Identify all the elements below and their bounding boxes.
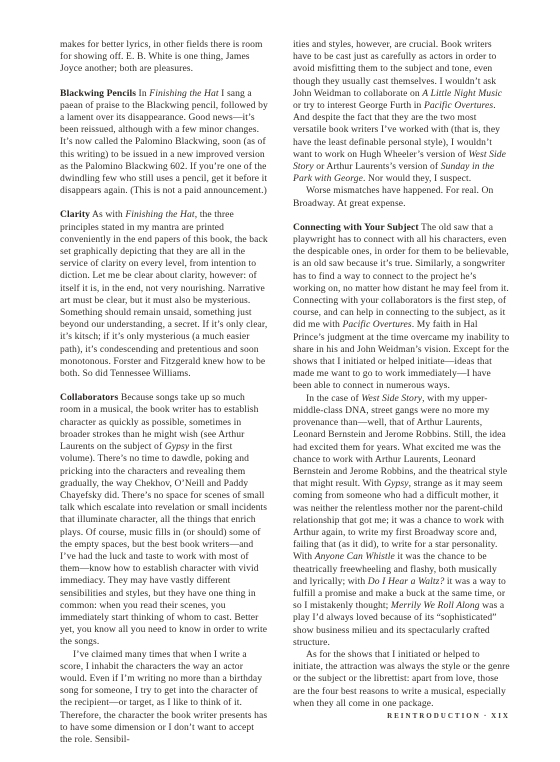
footer-section-label: REINTRODUCTION <box>387 712 481 720</box>
paragraph: I’ve claimed many times that when I writ… <box>60 649 268 747</box>
paragraph: Worse mismatches have happened. For real… <box>293 185 510 209</box>
book-page: makes for better lyrics, in other fields… <box>0 0 560 762</box>
paragraph: makes for better lyrics, in other fields… <box>60 39 268 76</box>
paragraph: In the case of West Side Story, with my … <box>293 393 510 649</box>
paragraph: Clarity As with Finishing the Hat, the t… <box>60 209 268 380</box>
footer-page-number: XIX <box>491 712 510 720</box>
paragraph: Connecting with Your Subject The old saw… <box>293 222 510 393</box>
right-column: ities and styles, however, are crucial. … <box>293 39 510 710</box>
paragraph: Collaborators Because songs take up so m… <box>60 392 268 648</box>
paragraph: As for the shows that I initiated or hel… <box>293 649 510 710</box>
paragraph: Blackwing Pencils In Finishing the Hat I… <box>60 88 268 198</box>
paragraph: ities and styles, however, are crucial. … <box>293 39 510 185</box>
footer-separator: · <box>484 712 488 720</box>
left-column: makes for better lyrics, in other fields… <box>60 39 268 746</box>
running-footer: REINTRODUCTION·XIX <box>387 712 510 720</box>
